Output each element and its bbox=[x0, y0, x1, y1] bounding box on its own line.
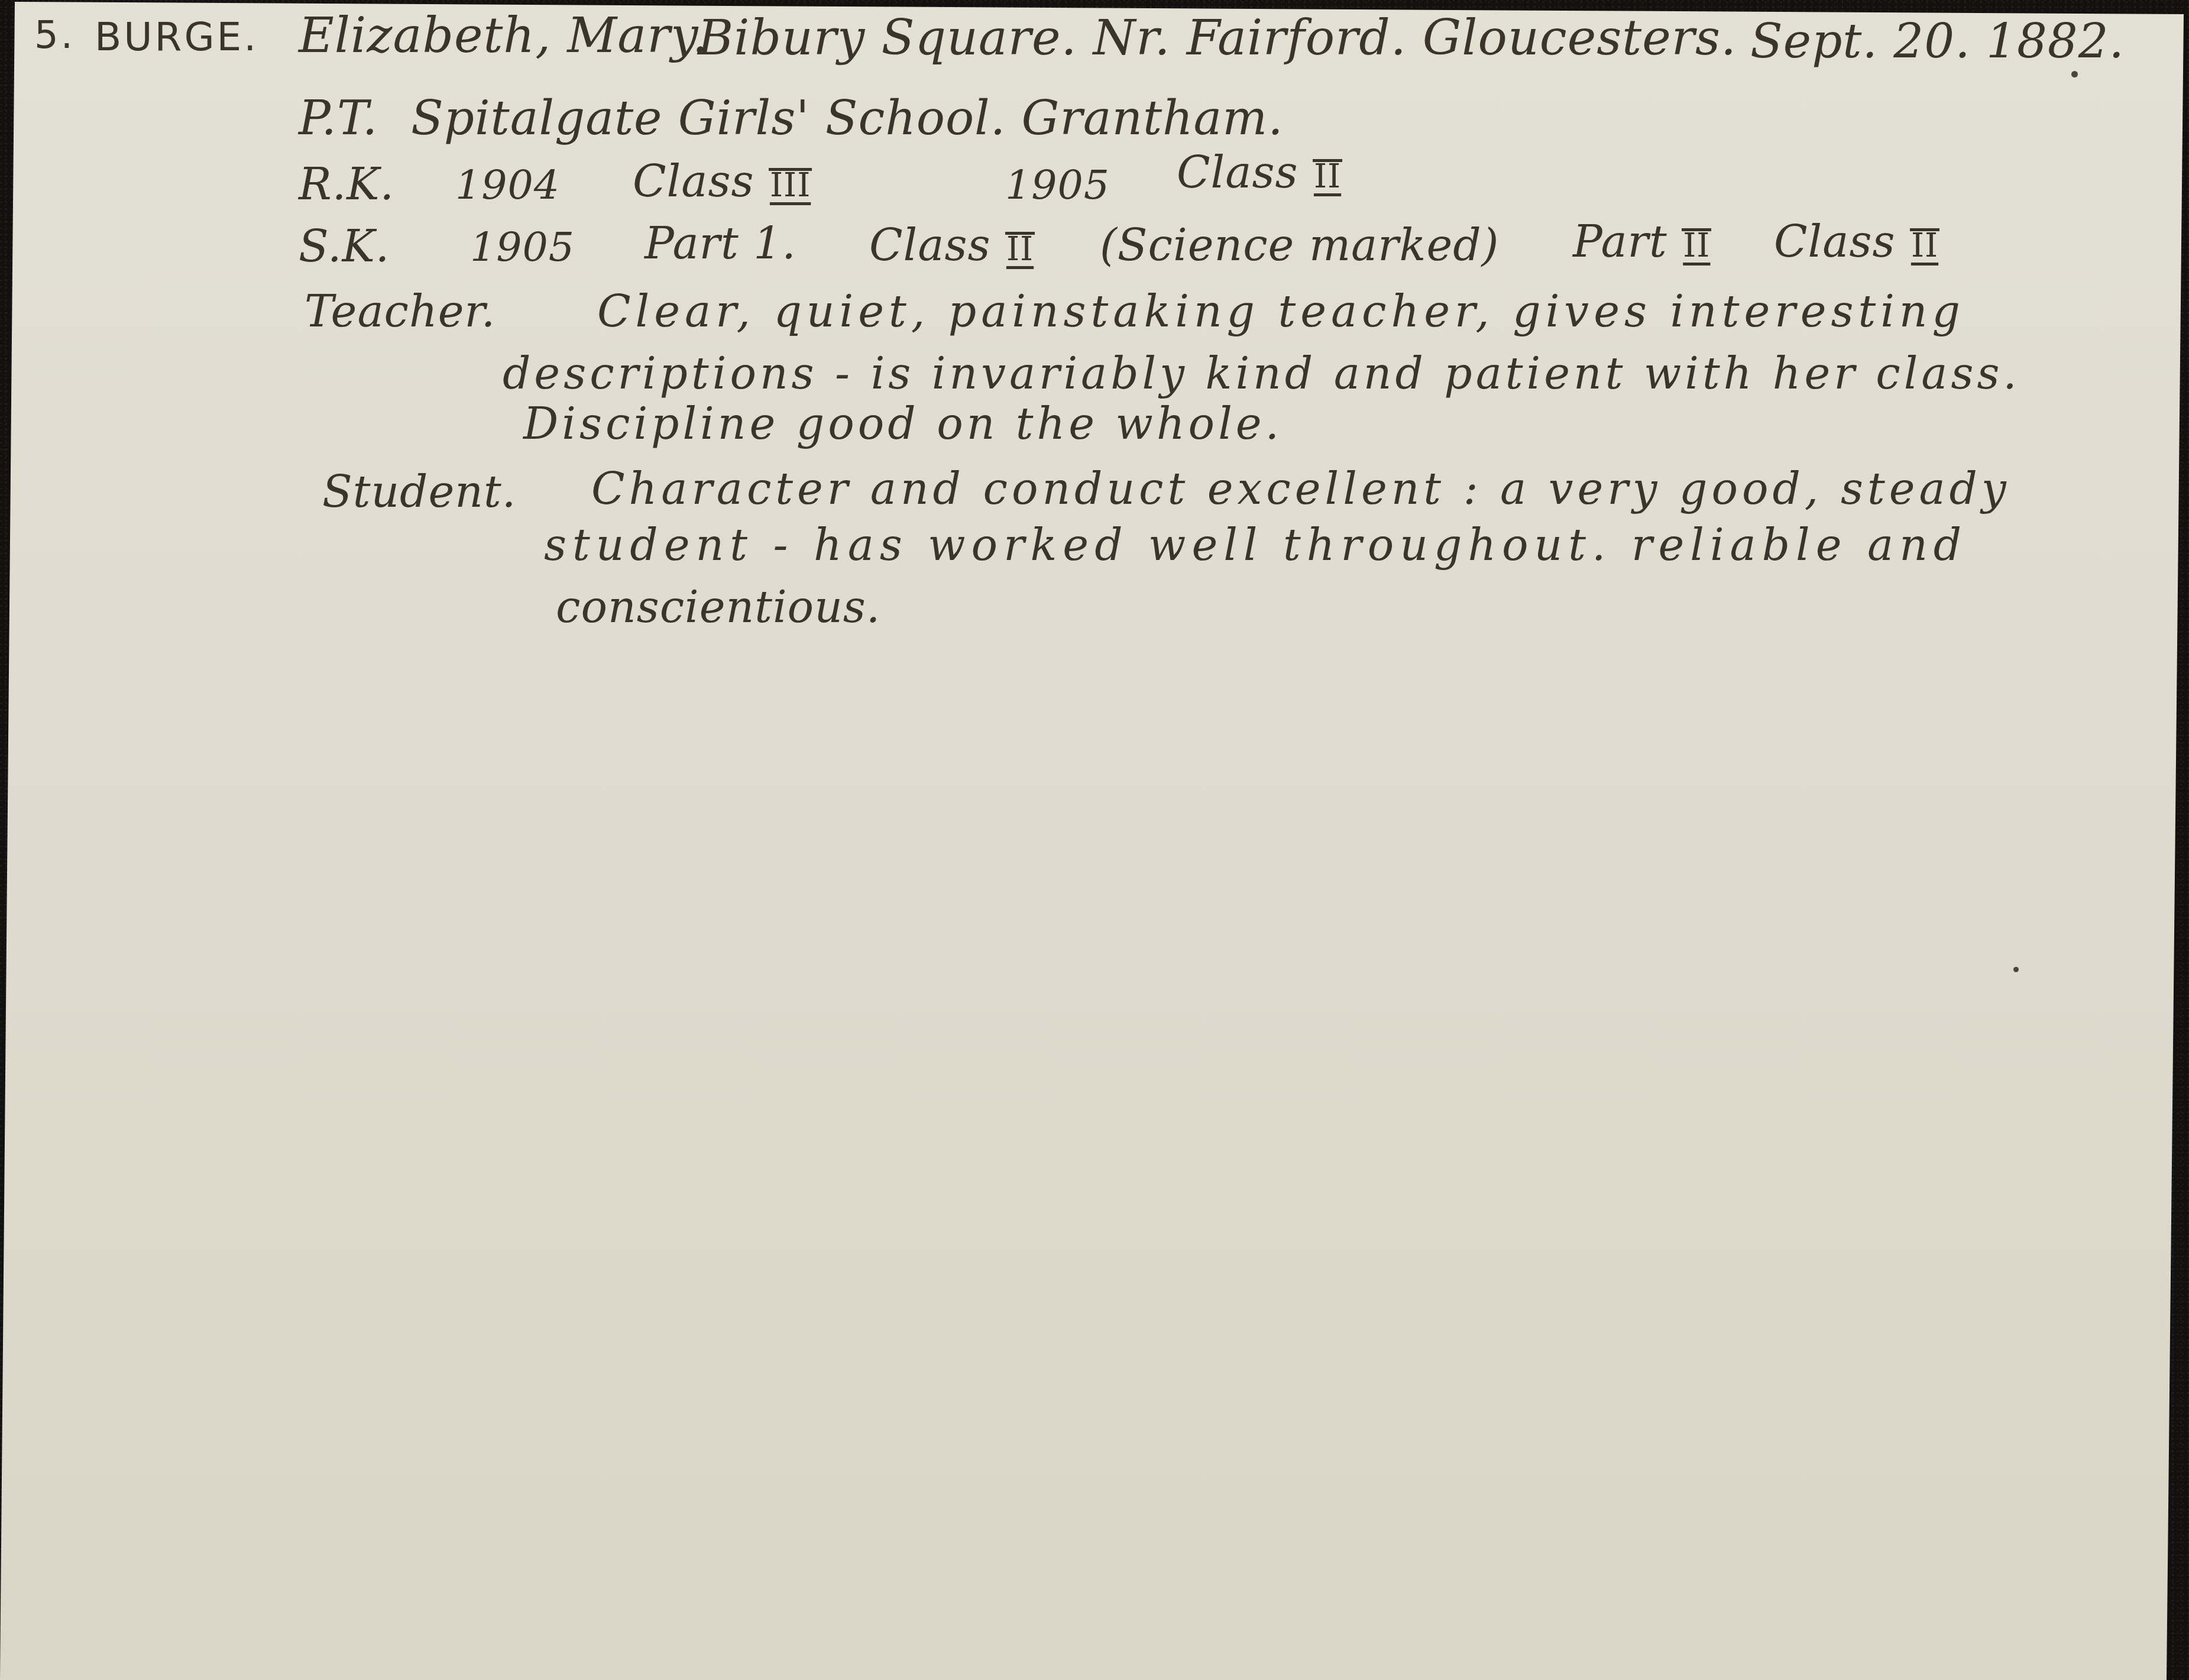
rk-class-label: Class bbox=[633, 156, 754, 207]
student-comment-line-3: conscientious. bbox=[556, 585, 880, 629]
rk-label: R.K. bbox=[299, 163, 394, 206]
sk-label: S.K. bbox=[299, 225, 390, 268]
sk-class-label: Class bbox=[869, 220, 990, 271]
sk-part1-class: Class II bbox=[869, 224, 1035, 267]
rk-class-1904: Class III bbox=[633, 160, 812, 203]
teacher-comment-line-1: Clear, quiet, painstaking teacher, gives… bbox=[597, 290, 1965, 334]
sk-part2: Part II bbox=[1573, 220, 1711, 264]
paper-speck bbox=[2013, 967, 2019, 972]
surname: BURGE. bbox=[95, 18, 258, 57]
record-card: 5. BURGE. Elizabeth, Mary. Bibury Square… bbox=[0, 0, 2189, 1680]
teacher-comment-line-2: descriptions - is invariably kind and pa… bbox=[503, 352, 2020, 396]
rk-class-num: II bbox=[1313, 159, 1342, 192]
paper-speck bbox=[2071, 71, 2078, 77]
given-names: Elizabeth, Mary. bbox=[299, 12, 708, 60]
sk-class-num: II bbox=[1005, 232, 1035, 264]
sk-class-label: Class bbox=[1774, 216, 1895, 267]
pupil-teacher-school: Spitalgate Girls' School. Grantham. bbox=[411, 95, 1284, 142]
student-comment-line-2: student - has worked well throughout. re… bbox=[544, 523, 1967, 567]
sk-class-num: II bbox=[1910, 228, 1939, 261]
birth-date: Sept. 20. 1882. bbox=[1750, 18, 2125, 65]
record-number: 5. bbox=[34, 17, 75, 54]
rk-year-1904: 1904 bbox=[455, 166, 560, 206]
student-label: Student. bbox=[322, 470, 516, 514]
sk-science-note: (Science marked) bbox=[1100, 224, 1499, 267]
teacher-label: Teacher. bbox=[305, 290, 496, 334]
sk-part1: Part 1. bbox=[645, 222, 796, 266]
rk-class-1905: Class II bbox=[1177, 151, 1342, 195]
sk-part2-num: II bbox=[1682, 228, 1711, 261]
rk-year-1905: 1905 bbox=[1005, 166, 1110, 206]
address: Bibury Square. Nr. Fairford. Gloucesters… bbox=[698, 14, 1737, 63]
sk-part2-label: Part bbox=[1573, 216, 1667, 267]
rk-class-label: Class bbox=[1177, 147, 1298, 198]
sk-part2-class: Class II bbox=[1774, 220, 1939, 264]
pupil-teacher-label: P.T. bbox=[299, 95, 378, 142]
student-comment-line-1: Character and conduct excellent : a very… bbox=[591, 467, 2010, 511]
rk-class-num: III bbox=[769, 168, 812, 200]
sk-year: 1905 bbox=[470, 228, 575, 268]
teacher-comment-line-3: Discipline good on the whole. bbox=[523, 402, 1283, 446]
